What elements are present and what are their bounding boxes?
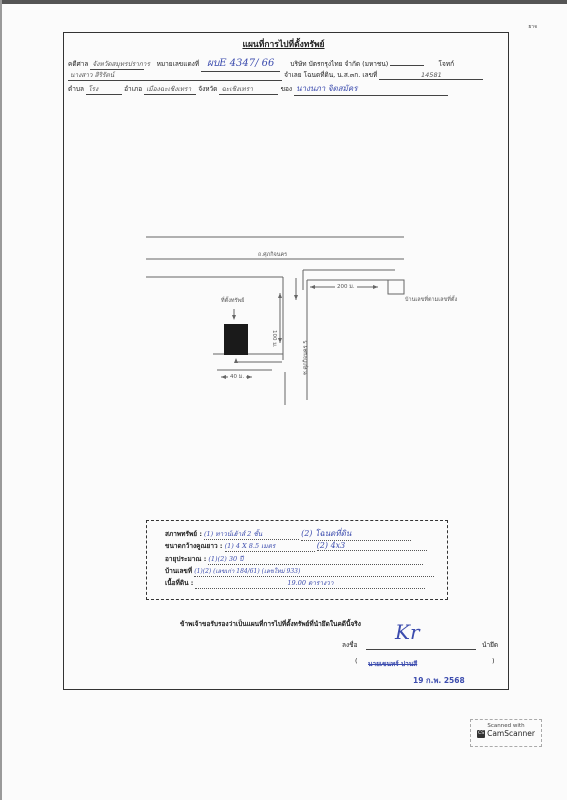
property-label: ที่ตั้งทรัพย์ (221, 297, 244, 305)
location-map (0, 0, 567, 800)
house-no-label: บ้านเลขที่ (165, 567, 192, 575)
sign-label: ลงชื่อ (342, 640, 357, 650)
condition-value-2: (2) โฉนดที่ดิน (301, 527, 411, 541)
side-road-label: ซ.ศุภกิจนคร 5 (302, 340, 310, 375)
camscanner-logo-icon: CS (477, 730, 485, 738)
condition-value-1: (1) ทาวน์เฮ้าส์ 2 ชั้น (204, 529, 299, 540)
land-area-value: 19.00 ตารางวา (195, 578, 425, 589)
land-area-row: เนื้อที่ดิน : 19.00 ตารางวา (165, 578, 425, 589)
landmark-label: บ้านเลขที่ตามเลขที่ตั้ง (405, 296, 457, 304)
size-label: ขนาดกว้างคูณยาว : (165, 542, 223, 550)
condition-row: สภาพทรัพย์ : (1) ทาวน์เฮ้าส์ 2 ชั้น (2) … (165, 527, 411, 541)
signer-name: นายเขนทร์ ปานสี (368, 659, 417, 669)
role-label: นำยึด (482, 640, 498, 650)
house-no-value: (1)(2) (เลขเก่า 184/61) (เลขใหม่ 933) (194, 566, 434, 577)
age-label: อายุประมาณ : (165, 555, 206, 563)
distance-side: 100 ม. (270, 330, 278, 348)
distance-bottom: 40 ม. (228, 373, 246, 381)
watermark-line2-wrap: CS CamScanner (471, 729, 541, 738)
land-area-label: เนื้อที่ดิน : (165, 579, 193, 587)
age-row: อายุประมาณ : (1)(2) 30 ปี (165, 554, 423, 565)
distance-top: 200 ม. (335, 283, 357, 291)
condition-label: สภาพทรัพย์ : (165, 530, 202, 538)
watermark-line2: CamScanner (487, 729, 535, 738)
certification-statement: ข้าพเจ้าขอรับรองว่าเป็นแผนที่การไปที่ตั้… (180, 619, 361, 629)
property-marker (224, 324, 248, 355)
signed-date: 19 ก.พ. 2568 (413, 675, 465, 687)
main-road-label: ถ.ศุภกิจนคร (258, 251, 287, 259)
open-paren: ( (355, 657, 358, 665)
signature: Kr (395, 620, 420, 644)
size-row: ขนาดกว้างคูณยาว : (1) 4 X 8.5 เมตร (2) 4… (165, 541, 427, 552)
size-value-2: (2) 4x3 (317, 541, 427, 551)
house-no-row: บ้านเลขที่ (1)(2) (เลขเก่า 184/61) (เลขใ… (165, 566, 434, 577)
signature-line (366, 649, 476, 650)
close-paren: ) (492, 657, 495, 665)
age-value: (1)(2) 30 ปี (208, 554, 423, 565)
size-value-1: (1) 4 X 8.5 เมตร (225, 541, 315, 552)
camscanner-watermark: Scanned with CS CamScanner (470, 719, 542, 747)
